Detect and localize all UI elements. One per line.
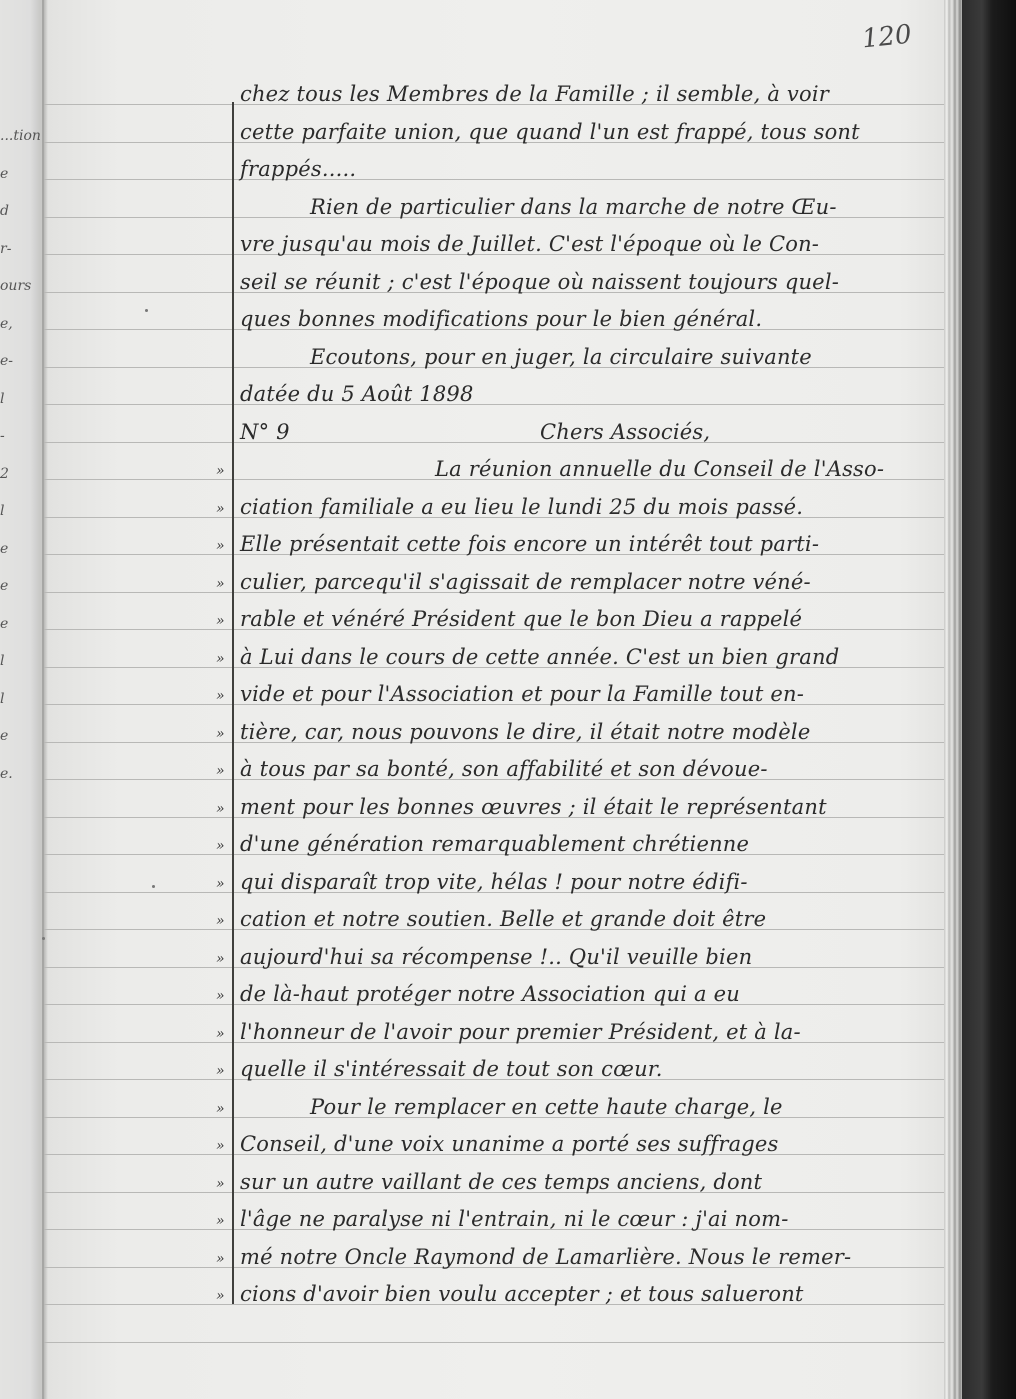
text-line: l'honneur de l'avoir pour premier Présid… (240, 1020, 940, 1044)
previous-page-fragment: ...tion (0, 128, 41, 144)
ink-speck (145, 309, 148, 312)
text-line: rable et vénéré Président que le bon Die… (240, 607, 940, 631)
ink-speck (42, 937, 45, 940)
text-line: datée du 5 Août 1898 (240, 382, 940, 406)
text-line: de là-haut protéger notre Association qu… (240, 982, 940, 1006)
ditto-mark: » (216, 501, 230, 517)
text-line: à tous par sa bonté, son affabilité et s… (240, 757, 940, 781)
text-line: quelle il s'intéressait de tout son cœur… (240, 1057, 940, 1081)
ditto-mark: » (216, 576, 230, 592)
ditto-mark: » (216, 613, 230, 629)
text-line: tière, car, nous pouvons le dire, il éta… (240, 720, 940, 744)
text-line: à Lui dans le cours de cette année. C'es… (240, 645, 940, 669)
previous-page-fragment: e (0, 541, 8, 557)
text-line: l'âge ne paralyse ni l'entrain, ni le cœ… (240, 1207, 940, 1231)
text-line: d'une génération remarquablement chrétie… (240, 832, 940, 856)
ditto-mark: » (216, 1176, 230, 1192)
text-line: aujourd'hui sa récompense !.. Qu'il veui… (240, 945, 940, 969)
text-line: cions d'avoir bien voulu accepter ; et t… (240, 1282, 940, 1306)
previous-page-fragment: - (0, 428, 5, 444)
text-line: Rien de particulier dans la marche de no… (310, 195, 1010, 219)
text-line: La réunion annuelle du Conseil de l'Asso… (435, 457, 1016, 481)
ditto-mark: » (216, 1026, 230, 1042)
previous-page-fragment: e (0, 166, 8, 182)
previous-page-fragment: e (0, 728, 8, 744)
ditto-mark: » (216, 726, 230, 742)
previous-page-fragment: ours (0, 278, 31, 294)
text-line: frappés..... (240, 157, 940, 181)
text-line: cation et notre soutien. Belle et grande… (240, 907, 940, 931)
ditto-mark: » (216, 1101, 230, 1117)
previous-page-fragment: l (0, 653, 4, 669)
text-line: Elle présentait cette fois encore un int… (240, 532, 940, 556)
page-fold (42, 0, 44, 1399)
previous-page-fragment: e (0, 616, 8, 632)
ditto-mark: » (216, 538, 230, 554)
text-line: cette parfaite union, que quand l'un est… (240, 120, 940, 144)
text-line: vre jusqu'au mois de Juillet. C'est l'ép… (240, 232, 940, 256)
ditto-mark: » (216, 913, 230, 929)
ditto-mark: » (216, 988, 230, 1004)
ditto-mark: » (216, 1063, 230, 1079)
ditto-mark: » (216, 1251, 230, 1267)
text-line: ques bonnes modifications pour le bien g… (240, 307, 940, 331)
ditto-mark: » (216, 1213, 230, 1229)
text-line: Ecoutons, pour en juger, la circulaire s… (310, 345, 1010, 369)
text-line: seil se réunit ; c'est l'époque où naiss… (240, 270, 940, 294)
ruled-line (44, 1342, 944, 1343)
text-line: mé notre Oncle Raymond de Lamarlière. No… (240, 1245, 940, 1269)
ditto-mark: » (216, 688, 230, 704)
text-line: qui disparaît trop vite, hélas ! pour no… (240, 870, 940, 894)
ink-speck (152, 885, 155, 888)
ditto-mark: » (216, 1138, 230, 1154)
ditto-mark: » (216, 838, 230, 854)
previous-page-fragment: 2 (0, 466, 9, 482)
text-line: Conseil, d'une voix unanime a porté ses … (240, 1132, 940, 1156)
ditto-mark: » (216, 951, 230, 967)
previous-page-fragment: d (0, 203, 9, 219)
previous-page-fragment: l (0, 691, 4, 707)
text-line: ciation familiale a eu lieu le lundi 25 … (240, 495, 940, 519)
text-line: vide et pour l'Association et pour la Fa… (240, 682, 940, 706)
text-line: Pour le remplacer en cette haute charge,… (310, 1095, 1010, 1119)
ditto-mark: » (216, 801, 230, 817)
text-line: sur un autre vaillant de ces temps ancie… (240, 1170, 940, 1194)
previous-page-fragment: l (0, 391, 4, 407)
previous-page-fragment: r- (0, 241, 11, 257)
text-line: chez tous les Membres de la Famille ; il… (240, 82, 940, 106)
text-line: culier, parcequ'il s'agissait de remplac… (240, 570, 940, 594)
salutation: Chers Associés, (540, 420, 1016, 444)
text-line: ment pour les bonnes œuvres ; il était l… (240, 795, 940, 819)
ditto-mark: » (216, 876, 230, 892)
ditto-mark: » (216, 651, 230, 667)
margin-rule (232, 102, 234, 1304)
ditto-mark: » (216, 463, 230, 479)
ditto-mark: » (216, 1288, 230, 1304)
previous-page-fragment: e- (0, 353, 13, 369)
ditto-mark: » (216, 763, 230, 779)
previous-page-fragment: l (0, 503, 4, 519)
previous-page-fragment: e. (0, 766, 13, 782)
previous-page-fragment: e, (0, 316, 13, 332)
page-number: 120 (861, 19, 914, 54)
previous-page-fragment: e (0, 578, 8, 594)
